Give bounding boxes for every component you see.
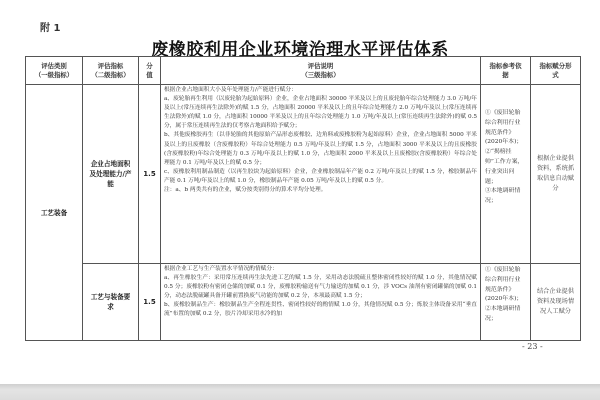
description-line: c、废橡胶利用制品制造（以再生胶块为起始原料）企业，企业橡胶制品年产能 0.2 … [164, 168, 477, 186]
viewer-bottom-bar [0, 384, 600, 400]
reference-cell: ①《废旧轮胎综合利用行业规范条件》(2020年本)； ②“揭榜挂帅”工作方案，行… [481, 85, 531, 264]
reference-line: ②“揭榜挂帅”工作方案，行业突出问题； [485, 148, 526, 187]
annex-label: 附 1 [40, 19, 60, 34]
description-line: 根据企业占地面积大小及年处理能力/产能进行赋分： [164, 86, 477, 95]
reference-line: ①《废旧轮胎综合利用行业规范条件》(2020年本)； [485, 266, 526, 305]
page-number: - 23 - [522, 342, 543, 351]
description-line: b、废橡胶制品生产：橡胶制品生产全程连贯性、密闭性较好的酌情赋 1.0 分，其他… [164, 301, 477, 319]
header-score: 分值 [139, 57, 161, 85]
description-line: a、再生橡胶生产：采用常压连续再生法先进工艺的赋 1.5 分，采用动态法脱硫且整… [164, 274, 477, 301]
header-scoring-form: 指标赋分形式 [531, 57, 581, 85]
evaluation-table: 评估类别（一级指标） 评估指标（二级指标） 分值 评估说明（三级指标） 指标参考… [25, 56, 581, 341]
description-cell: 根据企业工艺与生产装置水平情况酌情赋分： a、再生橡胶生产：采用常压连续再生法先… [161, 264, 481, 341]
header-reference: 指标参考依据 [481, 57, 531, 85]
reference-cell: ①《废旧轮胎综合利用行业规范条件》(2020年本)； ②本地调研情况； [481, 264, 531, 341]
header-indicator: 评估指标（二级指标） [83, 57, 139, 85]
reference-line: ③本地调研情况； [485, 187, 526, 207]
reference-line: ①《废旧轮胎综合利用行业规范条件》(2020年本)； [485, 109, 526, 148]
description-cell: 根据企业占地面积大小及年处理能力/产能进行赋分： a、废轮胎再生利用（以废轮胎为… [161, 85, 481, 264]
indicator-cell: 企业占地面积及处理能力/产能 [83, 85, 139, 264]
header-category: 评估类别（一级指标） [26, 57, 83, 85]
scoring-form-cell: 根据企业提供资料，系统抓取信息自动赋分 [531, 85, 581, 264]
reference-line: ②本地调研情况； [485, 305, 526, 325]
indicator-cell: 工艺与装备要求 [83, 264, 139, 341]
score-cell: 1.5 [139, 264, 161, 341]
table-header-row: 评估类别（一级指标） 评估指标（二级指标） 分值 评估说明（三级指标） 指标参考… [26, 57, 581, 85]
table-row: 工艺与装备要求 1.5 根据企业工艺与生产装置水平情况酌情赋分： a、再生橡胶生… [26, 264, 581, 341]
header-description: 评估说明（三级指标） [161, 57, 481, 85]
score-cell: 1.5 [139, 85, 161, 264]
description-line: b、其他废橡胶再生（以非轮胎的其他原始产品形态废橡胶、边角料或废橡胶粉为起始原料… [164, 131, 477, 167]
scoring-form-cell: 结合企业提供资料及现场情况人工赋分 [531, 264, 581, 341]
category-cell: 工艺装备 [26, 85, 83, 341]
description-line: 注：a、b 两类共有的企业，赋分按类别得分的算术平均分处理。 [164, 186, 477, 195]
description-line: a、废轮胎再生利用（以废轮胎为起始原料）企业，企业占地面积 30000 平米及以… [164, 95, 477, 131]
table-row: 工艺装备 企业占地面积及处理能力/产能 1.5 根据企业占地面积大小及年处理能力… [26, 85, 581, 264]
description-line: 根据企业工艺与生产装置水平情况酌情赋分： [164, 265, 477, 274]
